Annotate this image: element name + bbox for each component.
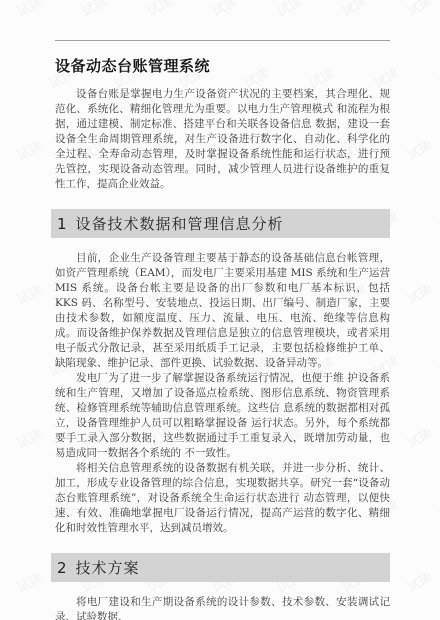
section-1-number: 1 [57,215,68,233]
watermark-stamp: 试读 [13,135,45,164]
section-1-heading: 1设备技术数据和管理信息分析 [51,209,390,238]
watermark-stamp: 试读 [13,0,45,20]
watermark-stamp: 试读 [403,0,435,20]
section-1-paragraph-2: 发电厂为了进一步了解掌握设备系统运行情况，也便于维 护设备系统和生产管理，又增加… [55,371,390,461]
top-divider [55,40,390,41]
watermark-stamp: 试读 [13,567,45,596]
watermark-stamp: 试读 [403,567,435,596]
watermark-stamp: 试读 [13,279,45,308]
watermark-stamp: 试读 [435,495,440,524]
watermark-stamp: 试读 [435,63,440,92]
section-1-title: 设备技术数据和管理信息分析 [76,215,284,233]
section-2-heading: 2技术方案 [51,553,390,582]
document-title: 设备动态台账管理系统 [55,55,390,76]
section-2-paragraph-1: 将电厂建设和生产期设备系统的设计参数、技术参数、安装调试记录、试验数据、 [55,595,390,620]
watermark-stamp: 试读 [403,279,435,308]
page-content: 设备动态台账管理系统 设备台账是掌握电力生产设备资产状况的主要档案，其合理化、规… [55,0,390,620]
section-2-number: 2 [57,559,68,577]
section-1-paragraph-3: 将相关信息管理系统的设备数据有机关联，并进一步分析、统计、加工，形成专业设备管理… [55,461,390,536]
watermark-stamp: 试读 [13,423,45,452]
document-page: 试读试读试读试读试读试读试读试读试读试读试读试读试读试读试读试读试读试读试读试读… [0,0,440,620]
watermark-stamp: 试读 [403,135,435,164]
section-1-paragraph-1: 目前，企业生产设备管理主要基于静态的设备基础信息台帐管理，如资产管理系统（EAM… [55,251,390,371]
watermark-stamp: 试读 [435,351,440,380]
watermark-stamp: 试读 [403,423,435,452]
watermark-stamp: 试读 [435,207,440,236]
section-2-title: 技术方案 [76,559,140,577]
intro-paragraph: 设备台账是掌握电力生产设备资产状况的主要档案，其合理化、规范化、系统化、精细化管… [55,87,390,192]
